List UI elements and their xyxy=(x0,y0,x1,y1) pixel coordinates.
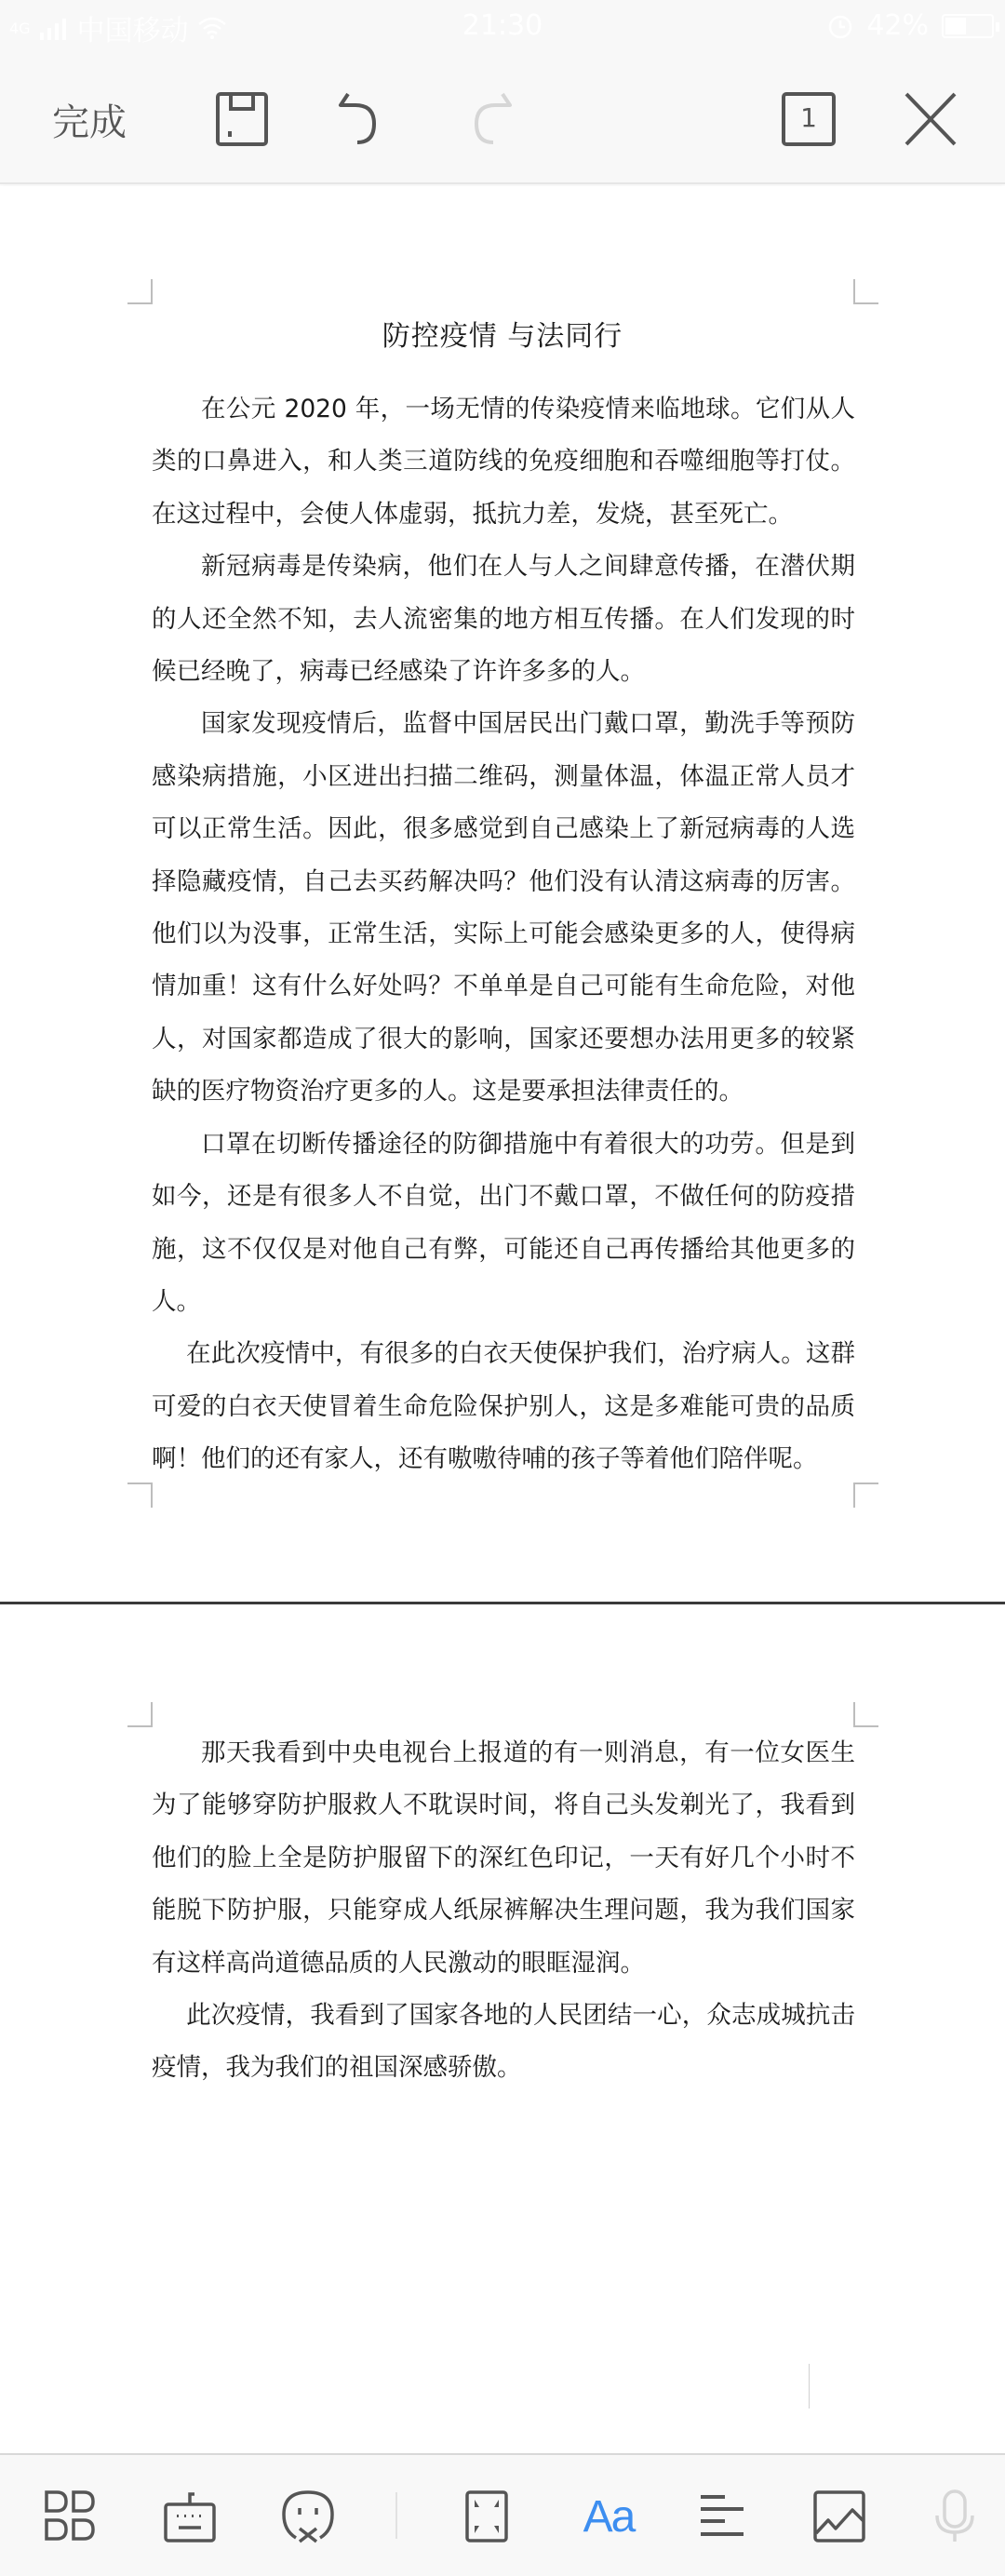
insert-image-button[interactable] xyxy=(811,2489,867,2544)
document-body-page-1[interactable]: 在公元 2020 年，一场无情的传染疫情来临地球。它们从人类的口鼻进入，和人类三… xyxy=(152,383,855,1486)
alarm-icon xyxy=(827,13,853,39)
done-button[interactable]: 完成 xyxy=(52,91,127,147)
margin-corner xyxy=(853,279,878,304)
top-toolbar: 完成 1 xyxy=(0,56,1005,184)
apps-grid-icon xyxy=(44,2489,98,2543)
save-icon xyxy=(216,92,268,146)
keyboard-icon xyxy=(163,2489,217,2543)
paragraph[interactable]: 那天我看到中央电视台上报道的有一则消息，有一位女医生为了能够穿防护服救人不耽误时… xyxy=(152,1727,855,1990)
document-body-page-2[interactable]: 那天我看到中央电视台上报道的有一则消息，有一位女医生为了能够穿防护服救人不耽误时… xyxy=(152,1727,855,2095)
toolbar-divider xyxy=(395,2492,397,2539)
font-format-button[interactable]: Aa xyxy=(576,2489,641,2544)
redo-icon xyxy=(462,92,514,146)
ink-pen-button[interactable] xyxy=(280,2489,336,2544)
fullscreen-icon xyxy=(461,2489,515,2543)
font-format-icon: Aa xyxy=(583,2491,635,2542)
margin-corner xyxy=(853,1483,878,1508)
paragraph[interactable]: 国家发现疫情后，监督中国居民出门戴口罩，勤洗手等预防感染病措施，小区进出扫描二维… xyxy=(152,698,855,1118)
apps-grid-button[interactable] xyxy=(43,2489,99,2544)
document-page-1[interactable]: 防控疫情 与法同行 在公元 2020 年，一场无情的传染疫情来临地球。它们从人类… xyxy=(0,186,1005,1602)
voice-input-button[interactable] xyxy=(927,2489,983,2544)
microphone-icon xyxy=(928,2489,982,2543)
paragraph-align-icon xyxy=(695,2489,749,2543)
document-title[interactable]: 防控疫情 与法同行 xyxy=(0,313,1005,354)
margin-corner xyxy=(127,1483,153,1508)
page-indicator: 1 xyxy=(782,102,836,133)
fullscreen-button[interactable] xyxy=(460,2489,516,2544)
paragraph[interactable]: 此次疫情，我看到了国家各地的人民团结一心，众志成城抗击疫情，我为我们的祖国深感骄… xyxy=(152,1990,855,2095)
keyboard-button[interactable] xyxy=(162,2489,218,2544)
status-right: 42% xyxy=(827,9,994,42)
insert-image-icon xyxy=(812,2489,866,2543)
text-cursor xyxy=(809,2364,810,2408)
ink-pen-icon xyxy=(281,2489,335,2543)
save-button[interactable] xyxy=(216,91,268,147)
page-count-button[interactable]: 1 xyxy=(782,91,836,147)
paragraph[interactable]: 口罩在切断传播途径的防御措施中有着很大的功劳。但是到如今，还是有很多人不自觉，出… xyxy=(152,1119,855,1329)
close-button[interactable] xyxy=(904,91,957,147)
margin-corner xyxy=(127,1702,153,1727)
paragraph[interactable]: 在公元 2020 年，一场无情的传染疫情来临地球。它们从人类的口鼻进入，和人类三… xyxy=(152,383,855,541)
margin-corner xyxy=(853,1702,878,1727)
bottom-toolbar: Aa xyxy=(0,2453,1005,2576)
paragraph-button[interactable] xyxy=(694,2489,750,2544)
battery-percent: 42% xyxy=(866,9,929,42)
paragraph[interactable]: 在此次疫情中，有很多的白衣天使保护我们，治疗病人。这群可爱的白衣天使冒着生命危险… xyxy=(152,1328,855,1485)
battery-icon xyxy=(942,14,994,38)
close-icon xyxy=(904,92,957,146)
redo-button[interactable] xyxy=(462,91,514,147)
status-bar: 4G 中国移动 21:30 42% xyxy=(0,0,1005,56)
margin-corner xyxy=(127,279,153,304)
paragraph[interactable]: 新冠病毒是传染病，他们在人与人之间肆意传播，在潜伏期的人还全然不知，去人流密集的… xyxy=(152,541,855,698)
undo-button[interactable] xyxy=(337,91,389,147)
document-page-2[interactable]: 那天我看到中央电视台上报道的有一则消息，有一位女医生为了能够穿防护服救人不耽误时… xyxy=(0,1604,1005,2453)
undo-icon xyxy=(337,92,389,146)
